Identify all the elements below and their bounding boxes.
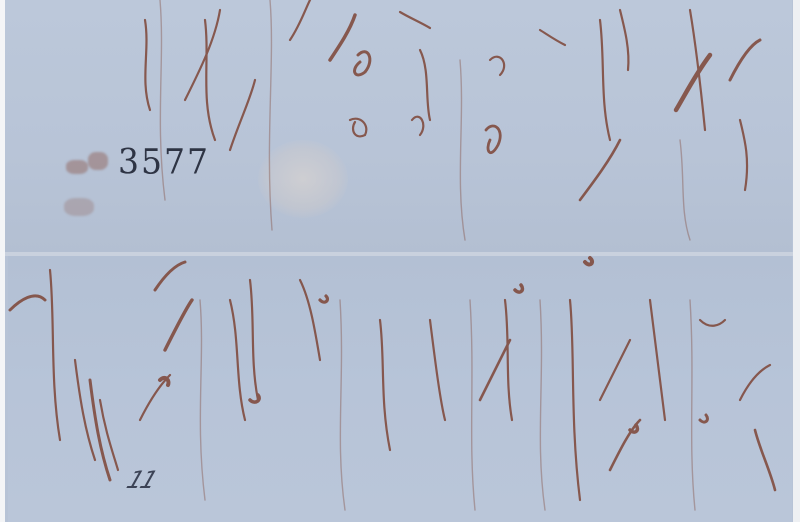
stamped-number: 3577 bbox=[118, 141, 210, 182]
handwriting-strokes bbox=[0, 0, 800, 522]
